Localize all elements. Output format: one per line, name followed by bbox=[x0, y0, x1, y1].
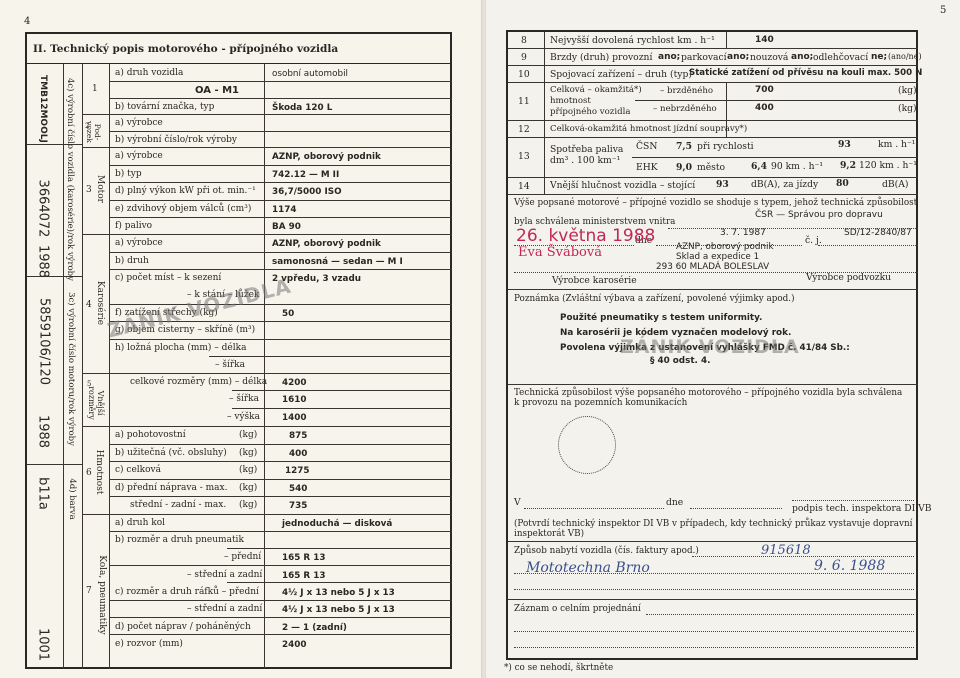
note-label: Poznámka (Zvláštní výbava a zařízení, po… bbox=[514, 294, 795, 304]
inspection-line-1: Technická způsobilost výše popsaného mot… bbox=[514, 388, 902, 398]
row-9-v3: ano; bbox=[791, 52, 813, 62]
s7-c-value: 4½ J x 13 nebo 5 J x 13 bbox=[282, 588, 395, 598]
s6-b-unit: (kg) bbox=[239, 448, 257, 458]
maker-line-2: Sklad a expedice 1 bbox=[676, 252, 759, 262]
row-9-v1: ano; bbox=[658, 52, 680, 62]
s6-b-label: b) užitečná (vč. obsluhy) bbox=[115, 448, 227, 458]
customs-label: Záznam o celním projednání bbox=[514, 604, 641, 614]
s7-e-label: e) rozvor (mm) bbox=[115, 639, 183, 649]
color-value: b11a bbox=[36, 474, 51, 514]
s4-a-label: a) výrobce bbox=[115, 238, 163, 248]
row-11-braked-label: – brzděného bbox=[660, 86, 713, 96]
s6-d2-label: střední - zadní - max. bbox=[130, 500, 226, 510]
s6-c-label: c) celková bbox=[115, 465, 161, 475]
row-11-label-1: Celková – okamžitá*) bbox=[550, 85, 642, 95]
row-11-braked-unit: (kg) bbox=[898, 85, 917, 96]
section-3-name: Motor bbox=[95, 169, 105, 209]
approval-line-1: Výše popsané motorové – přípojné vozidlo… bbox=[514, 198, 917, 208]
engine-year: 1988 bbox=[36, 412, 51, 452]
vehicle-termination-stamp-2: ZÁNIK VOZIDLA bbox=[620, 336, 800, 358]
section-1-number: 1 bbox=[92, 84, 98, 94]
s7-d-label: d) počet náprav / poháněných bbox=[115, 622, 251, 632]
row-14-number: 14 bbox=[518, 181, 530, 192]
row-9-v2: ano; bbox=[727, 52, 749, 62]
section-title: II. Technický popis motorového - přípojn… bbox=[27, 34, 450, 64]
row-12-label: Celková-okamžitá hmotnost jízdní souprav… bbox=[550, 124, 747, 134]
section-4-number: 4 bbox=[86, 300, 92, 310]
s4-h-label: h) ložná plocha (mm) – délka bbox=[115, 343, 246, 353]
s3-a-value: AZNP, oborový podnik bbox=[272, 152, 381, 162]
s7-c2-label: – střední a zadní bbox=[187, 604, 262, 614]
inspection-line-2: k provozu na pozemních komunikacích bbox=[514, 398, 687, 408]
row-11-unbraked-unit: (kg) bbox=[898, 103, 917, 114]
inspection-v-label: V bbox=[514, 497, 521, 508]
right-form-frame: 8 Nejvyšší dovolená rychlost km . h⁻¹ 14… bbox=[506, 30, 918, 660]
s2-b-label: b) výrobní číslo/rok výroby bbox=[115, 135, 237, 145]
row-13-csn-value: 7,5 bbox=[676, 141, 692, 152]
inspection-dne: dne bbox=[666, 497, 683, 508]
s6-c-unit: (kg) bbox=[239, 465, 257, 475]
row-11-number: 11 bbox=[518, 96, 530, 107]
section-4-name: Karosérie bbox=[95, 278, 105, 328]
s6-d-value: 540 bbox=[289, 484, 307, 494]
s7-a-label: a) druh kol bbox=[115, 518, 165, 528]
note-line-1: Použité pneumatiky s testem uniformity. bbox=[560, 313, 762, 323]
row-8-value: 140 bbox=[755, 35, 774, 45]
s4-a-value: AZNP, oborový podnik bbox=[272, 239, 381, 249]
s4-b-value: samonosná — sedan — M I bbox=[272, 257, 403, 267]
chassis-maker-label: Výrobce podvozku bbox=[806, 272, 891, 283]
row-13-ehk: EHK bbox=[636, 162, 658, 173]
right-page: 5 8 Nejvyšší dovolená rychlost km . h⁻¹ … bbox=[486, 0, 960, 678]
row-9-number: 9 bbox=[521, 52, 527, 63]
s7-b-label: b) rozměr a druh pneumatik bbox=[115, 535, 244, 545]
row-10-number: 10 bbox=[518, 69, 530, 80]
s3-f-value: BA 90 bbox=[272, 222, 301, 232]
s7-e-value: 2400 bbox=[282, 640, 306, 650]
section-2-name: Pod-vozek bbox=[85, 114, 101, 150]
row-14-standing: 93 bbox=[716, 179, 729, 190]
approval-authority: ČSR — Správou pro dopravu bbox=[755, 210, 883, 220]
approval-cj-value: SD/12-2840/87 bbox=[844, 228, 912, 238]
footnote: *) co se nehodí, škrtněte bbox=[504, 663, 613, 673]
s6-c-value: 1275 bbox=[285, 466, 309, 476]
s7-b2-value: 165 R 13 bbox=[282, 571, 326, 581]
row-13-ehk-city: 9,0 bbox=[676, 162, 692, 173]
vin-number: 3664072 bbox=[36, 173, 51, 245]
acquisition-label: Způsob nabytí vozidla (čís. faktury apod… bbox=[514, 546, 699, 556]
row-8-label: Nejvyšší dovolená rychlost km . h⁻¹ bbox=[550, 35, 715, 46]
s4-b-label: b) druh bbox=[115, 256, 149, 266]
engine-number: 5859106/120 bbox=[37, 287, 52, 397]
stamp-date: 26. května 1988 bbox=[516, 226, 655, 246]
row-9-text-a: Brzdy (druh) provozní bbox=[550, 52, 652, 63]
s3-a-label: a) výrobce bbox=[115, 151, 163, 161]
row-11-label-2: hmotnost bbox=[550, 96, 591, 106]
section-7-name: Kola, pneumatiky bbox=[97, 550, 107, 640]
s1-a-value: osobní automobil bbox=[272, 69, 348, 79]
engine-label: 3c) výrobní číslo motoru/rok výroby bbox=[66, 279, 76, 459]
s2-a-label: a) výrobce bbox=[115, 118, 163, 128]
row-14-mid: dB(A), za jízdy bbox=[751, 179, 818, 190]
acquisition-seller: Mototechna Brno bbox=[526, 560, 650, 576]
row-13-ehk-city-label: město bbox=[697, 162, 725, 173]
vin-prefix: TMB12MOOLJ bbox=[38, 75, 48, 135]
row-13-ehk-120-label: 120 km . h⁻¹ bbox=[859, 160, 917, 171]
row-13-ehk-120-value: 9,2 bbox=[840, 160, 856, 171]
s4-c-label: c) počet míst – k sezení bbox=[115, 273, 221, 283]
row-13-label-1: Spotřeba paliva bbox=[550, 144, 623, 155]
row-13-ehk-90-label: 90 km . h⁻¹ bbox=[771, 161, 823, 172]
s7-c2-value: 4½ J x 13 nebo 5 J x 13 bbox=[282, 605, 395, 615]
s3-d-label: d) plný výkon kW při ot. min.⁻¹ bbox=[115, 186, 256, 196]
page-number: 4 bbox=[24, 16, 30, 27]
row-14-unit: dB(A) bbox=[882, 179, 908, 190]
technical-description-table: II. Technický popis motorového - přípojn… bbox=[25, 32, 452, 669]
s3-b-label: b) typ bbox=[115, 169, 142, 179]
inspection-confirm-1: (Potvrdí technický inspektor DI VB v pří… bbox=[514, 519, 912, 529]
row-10-value: Statické zatížení od přívěsu na kouli ma… bbox=[689, 68, 922, 78]
s4-f-value: 50 bbox=[282, 309, 294, 319]
s7-a-value: jednoduchá — disková bbox=[282, 519, 392, 529]
row-8-number: 8 bbox=[521, 35, 527, 46]
row-13-csn: ČSN bbox=[636, 141, 657, 152]
s3-f-label: f) palivo bbox=[115, 221, 152, 231]
s6-d2-value: 735 bbox=[289, 501, 307, 511]
s1-b-label: b) tovární značka, typ bbox=[115, 102, 214, 112]
s6-a-value: 875 bbox=[289, 431, 307, 441]
row-10-label: Spojovací zařízení – druh (typ) bbox=[550, 69, 692, 80]
s3-e-value: 1174 bbox=[272, 205, 296, 215]
inspection-confirm-2: inspektorát VB) bbox=[514, 529, 584, 539]
vin-label: 4c) výrobní číslo vozidla (karosérie)/ro… bbox=[65, 78, 75, 268]
s7-c-label: c) rozměr a druh ráfků – přední bbox=[115, 587, 259, 597]
s5-width-label: – šířka bbox=[229, 394, 259, 404]
page-number: 5 bbox=[940, 5, 946, 16]
s6-d2-unit: (kg) bbox=[239, 500, 257, 510]
row-9-text-b: parkovací bbox=[681, 52, 727, 63]
row-11-unbraked-value: 400 bbox=[755, 103, 774, 113]
row-13-csn-text: při rychlosti bbox=[697, 141, 754, 152]
acquisition-invoice: 915618 bbox=[761, 543, 811, 558]
row-9-text-d: odlehčovací bbox=[813, 52, 868, 63]
s6-b-value: 400 bbox=[289, 449, 307, 459]
s1-b-value: Škoda 120 L bbox=[272, 103, 332, 113]
color-label: 4d) barva bbox=[67, 474, 77, 524]
body-maker-label: Výrobce karosérie bbox=[552, 275, 637, 286]
s1-a-label: a) druh vozidla bbox=[115, 68, 183, 78]
s5-height-label: – výška bbox=[227, 412, 260, 422]
section-7-number: 7 bbox=[86, 586, 92, 596]
row-11-unbraked-label: – nebrzděného bbox=[653, 104, 717, 114]
s6-a-label: a) pohotovostní bbox=[115, 430, 186, 440]
row-11-label-3: přípojného vozidla bbox=[550, 107, 630, 117]
s1-category: OA - M1 bbox=[195, 85, 239, 96]
vin-year: 1988 bbox=[36, 242, 51, 282]
s5-length-value: 4200 bbox=[282, 378, 306, 388]
row-13-csn-speed: 93 bbox=[838, 139, 851, 150]
row-13-ehk-90-value: 6,4 bbox=[751, 161, 767, 172]
approval-date: 3. 7. 1987 bbox=[720, 228, 766, 238]
row-14-driving: 80 bbox=[836, 178, 849, 189]
s3-e-label: e) zdvihový objem válců (cm³) bbox=[115, 204, 251, 214]
s3-b-value: 742.12 — M II bbox=[272, 170, 339, 180]
section-5-name: Vnější rozměry bbox=[87, 376, 105, 430]
inspector-signature-label: podpis tech. inspektora DI VB bbox=[792, 503, 932, 514]
row-9-text-e: (ano/ne) bbox=[888, 52, 922, 61]
s5-height-value: 1400 bbox=[282, 413, 306, 423]
left-page: 4 II. Technický popis motorového - přípo… bbox=[0, 0, 482, 678]
row-9-text-c: nouzová bbox=[750, 52, 788, 63]
row-12-number: 12 bbox=[518, 124, 530, 135]
stamp-name: Eva Švábová bbox=[518, 245, 602, 260]
section-3-number: 3 bbox=[86, 185, 92, 195]
s7-b2-label: – střední a zadní bbox=[187, 570, 262, 580]
s6-d-unit: (kg) bbox=[239, 483, 257, 493]
acquisition-date: 9. 6. 1988 bbox=[814, 558, 885, 574]
s7-b1-value: 165 R 13 bbox=[282, 553, 326, 563]
maker-line-3: 293 60 MLADÁ BOLESLAV bbox=[656, 262, 769, 272]
stamp-placeholder-circle bbox=[558, 416, 616, 474]
s3-d-value: 36,7/5000 ISO bbox=[272, 187, 342, 197]
row-14-label: Vnější hlučnost vozidla – stojící bbox=[550, 180, 695, 191]
s6-d-label: d) přední náprava - max. bbox=[115, 483, 227, 493]
s5-width-value: 1610 bbox=[282, 395, 306, 405]
color-code: 1001 bbox=[36, 625, 51, 665]
s7-d-value: 2 — 1 (zadní) bbox=[282, 623, 347, 633]
row-13-label-2: dm³ . 100 km⁻¹ bbox=[550, 155, 620, 166]
row-13-number: 13 bbox=[518, 151, 530, 162]
section-6-number: 6 bbox=[86, 468, 92, 478]
s7-b1-label: – přední bbox=[224, 552, 261, 562]
section-6-name: Hmotnost bbox=[94, 442, 104, 502]
s4-h2-label: – šířka bbox=[215, 360, 245, 370]
maker-line-1: AZNP, oborový podnik bbox=[676, 242, 774, 252]
row-11-braked-value: 700 bbox=[755, 85, 774, 95]
s5-length-label: celkové rozměry (mm) – délka bbox=[130, 377, 267, 387]
row-13-speed-unit: km . h⁻¹ bbox=[878, 139, 916, 150]
row-9-v4: ne; bbox=[871, 52, 887, 62]
s6-a-unit: (kg) bbox=[239, 430, 257, 440]
